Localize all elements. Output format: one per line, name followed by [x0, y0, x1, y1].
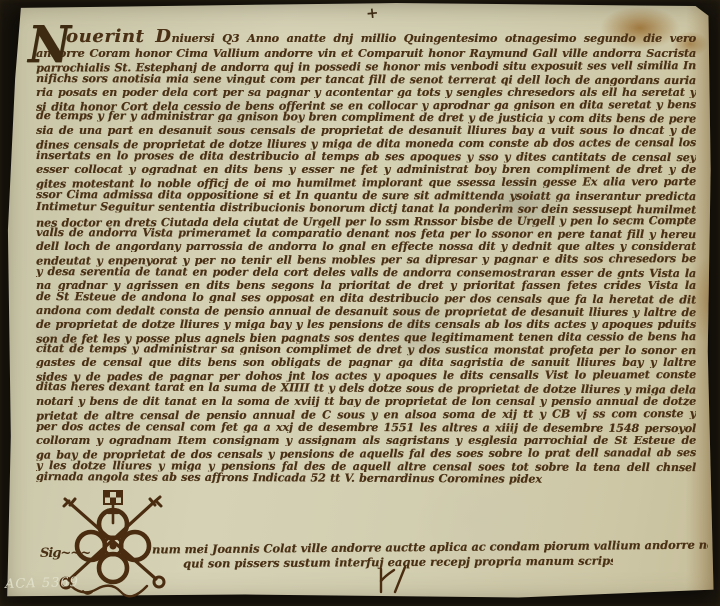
manuscript-line: notari y bens de dit tanat en la soma de… [36, 394, 696, 407]
manuscript-line: insertats en lo proses de dita destribuc… [36, 148, 696, 163]
opening-line: ouerint Dniuersi Q3 Anno anatte dnj mill… [36, 28, 696, 45]
manuscript-photo: + N ouerint Dniuersi Q3 Anno anatte dnj … [0, 0, 720, 606]
manuscript-line: dell loch de angordany parrossia de ando… [36, 239, 696, 252]
manuscript-line: valls de andorra Vista primeramet la com… [36, 225, 696, 240]
manuscript-line: colloram y ogradnam Item consignam y ass… [36, 433, 696, 446]
manuscript-line: y desa serentia de tanat en poder dela c… [36, 264, 696, 279]
manuscript-line: esser collocat y ogradnat en dits bens y… [36, 162, 696, 175]
manuscript-line: citat de temps y administrar sa gnison c… [36, 341, 696, 356]
invocation-cross-icon: + [365, 3, 379, 22]
manuscript-line: gastes de censal que dits bens son oblig… [36, 355, 696, 368]
manuscript-line: sia de una part en desanuit sous censals… [36, 123, 696, 136]
manuscript-line: ria posats en poder dela cort per sa pag… [36, 85, 696, 98]
manuscript-line: per dos actes de censal com fet ga a xxj… [36, 419, 696, 434]
manuscript-line: girnada angola stes ab ses affrons Indic… [36, 469, 696, 485]
manuscript-line: de temps y fer y administrar ga gnison b… [36, 108, 696, 124]
archive-reference: ACA 5369 [5, 575, 79, 592]
notary-paraph-icon [374, 565, 408, 595]
manuscript-line: andorre Coram honor Cima Vallium andorre… [36, 46, 696, 59]
manuscript-lines: andorre Coram honor Cima Vallium andorre… [36, 46, 696, 484]
manuscript-line: andona com dedalt consta de pensio annua… [36, 303, 696, 318]
sig-label: Sig~~~ [40, 546, 90, 561]
manuscript-text-block: N ouerint Dniuersi Q3 Anno anatte dnj mi… [36, 28, 696, 484]
opening-line-large: ouerint D [66, 28, 171, 45]
manuscript-line: nifichs sors anotisia mia sene vingut co… [36, 71, 696, 86]
manuscript-line: de proprietat de dotze lliures y miga ba… [36, 317, 696, 330]
manuscript-line: ditas heres dexant tarat en la suma de X… [36, 379, 696, 395]
